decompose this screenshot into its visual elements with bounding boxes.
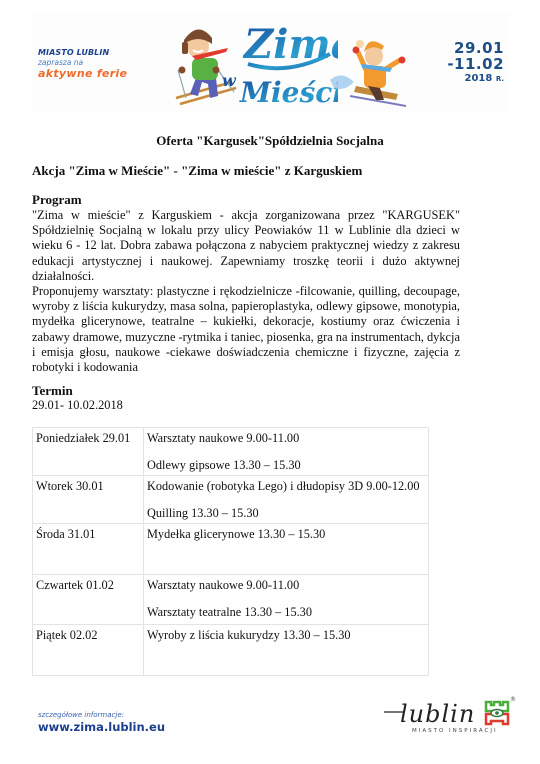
day-cell: Środa 31.01	[33, 524, 144, 575]
activity: Warsztaty naukowe 9.00-11.00	[147, 578, 425, 593]
date-year: 2018 R.	[447, 72, 504, 86]
date-end: -11.02	[447, 56, 504, 72]
activity: Mydełka glicerynowe 13.30 – 15.30	[147, 527, 425, 542]
program-description: "Zima w mieście" z Karguskiem - akcja zo…	[32, 208, 460, 284]
activities-cell: Warsztaty naukowe 9.00-11.00 Odlewy gips…	[144, 428, 429, 476]
website-link[interactable]: www.zima.lublin.eu	[38, 720, 165, 734]
activities-cell: Wyroby z liścia kukurydzy 13.30 – 15.30	[144, 625, 429, 676]
table-row: Środa 31.01 Mydełka glicerynowe 13.30 – …	[33, 524, 429, 575]
lublin-tagline: MIASTO INSPIRACJI	[412, 728, 498, 734]
sledder-illustration-icon	[328, 30, 418, 110]
activities-cell: Mydełka glicerynowe 13.30 – 15.30	[144, 524, 429, 575]
promo-text: MIASTO LUBLIN zaprasza na aktywne ferie	[38, 48, 127, 80]
promo-invites: zaprasza na	[38, 58, 127, 67]
program-heading: Program	[32, 192, 82, 208]
registered-mark: ®	[510, 696, 516, 703]
date-start: 29.01	[447, 40, 504, 56]
zima-w-miescie-logo-icon: Zima w Mieście	[218, 14, 338, 110]
header-banner: MIASTO LUBLIN zaprasza na aktywne ferie …	[32, 12, 510, 112]
table-row: Czwartek 01.02 Warsztaty naukowe 9.00-11…	[33, 575, 429, 625]
document-title: Oferta "Kargusek"Spółdzielnia Socjalna	[0, 133, 540, 149]
table-row: Wtorek 30.01 Kodowanie (robotyka Lego) i…	[33, 476, 429, 524]
footer-info: szczegółowe informacje: www.zima.lublin.…	[38, 711, 165, 734]
lublin-brand-logo: lublin ® MIASTO INSPIRACJI	[384, 694, 514, 744]
activity: Wyroby z liścia kukurydzy 13.30 – 15.30	[147, 628, 425, 643]
day-cell: Piątek 02.02	[33, 625, 144, 676]
activities-cell: Kodowanie (robotyka Lego) i dłudopisy 3D…	[144, 476, 429, 524]
activity: Warsztaty naukowe 9.00-11.00	[147, 431, 425, 446]
activity: Warsztaty teatralne 13.30 – 15.30	[147, 605, 425, 620]
table-row: Poniedziałek 29.01 Warsztaty naukowe 9.0…	[33, 428, 429, 476]
workshops-description: Proponujemy warsztaty: plastyczne i ręko…	[32, 284, 460, 375]
activity: Quilling 13.30 – 15.30	[147, 506, 425, 521]
lublin-wordmark: lublin	[400, 700, 475, 728]
table-row: Piątek 02.02 Wyroby z liścia kukurydzy 1…	[33, 625, 429, 676]
schedule-table: Poniedziałek 29.01 Warsztaty naukowe 9.0…	[32, 427, 429, 676]
activity: Kodowanie (robotyka Lego) i dłudopisy 3D…	[147, 479, 425, 494]
svg-text:Zima: Zima	[242, 21, 338, 68]
svg-text:w: w	[222, 71, 237, 90]
termin-heading: Termin	[32, 383, 73, 399]
promo-city: MIASTO LUBLIN	[38, 48, 127, 57]
event-dates: 29.01 -11.02 2018 R.	[447, 40, 504, 86]
day-cell: Czwartek 01.02	[33, 575, 144, 625]
svg-text:Mieście: Mieście	[239, 76, 338, 109]
info-label: szczegółowe informacje:	[38, 711, 165, 719]
day-cell: Poniedziałek 29.01	[33, 428, 144, 476]
activities-cell: Warsztaty naukowe 9.00-11.00 Warsztaty t…	[144, 575, 429, 625]
document-subtitle: Akcja "Zima w Mieście" - "Zima w mieście…	[32, 163, 362, 179]
activity: Odlewy gipsowe 13.30 – 15.30	[147, 458, 425, 473]
termin-dates: 29.01- 10.02.2018	[32, 398, 123, 413]
lublin-emblem-icon	[484, 700, 510, 726]
promo-active-holidays: aktywne ferie	[38, 67, 127, 80]
day-cell: Wtorek 30.01	[33, 476, 144, 524]
